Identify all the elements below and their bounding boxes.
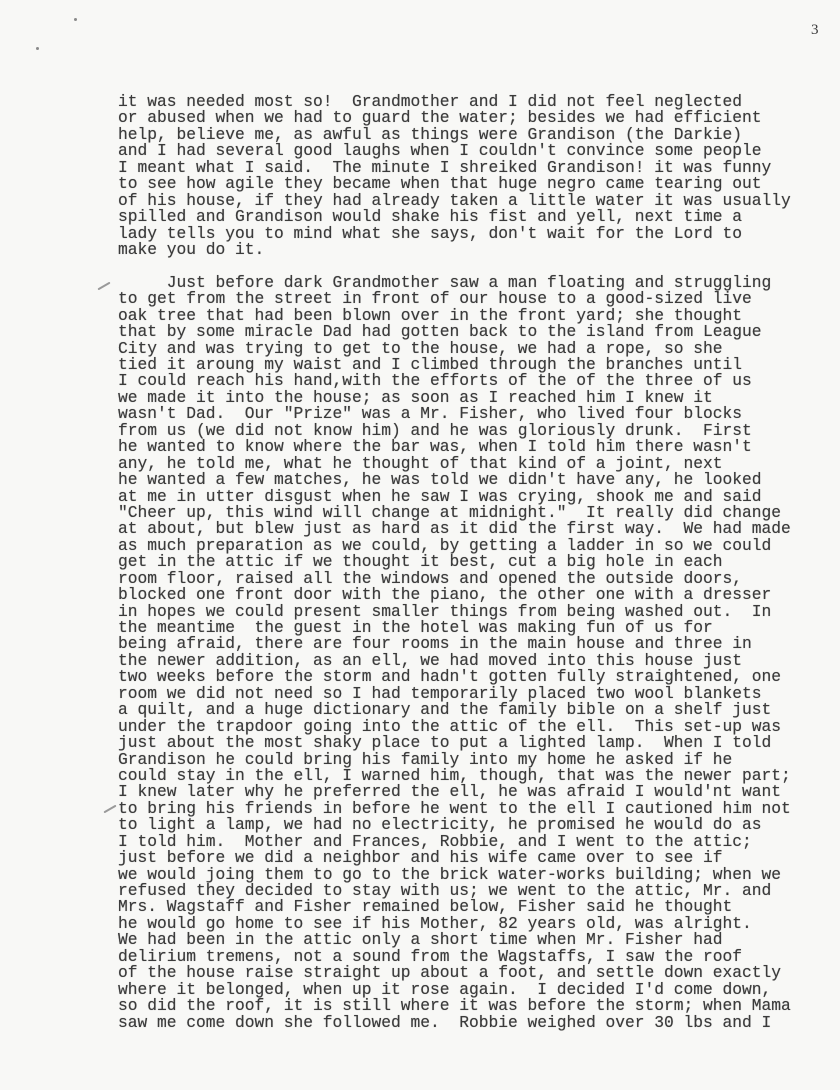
scan-speck (74, 18, 77, 21)
margin-check-mark (103, 805, 116, 814)
text-line: make you do it. (118, 242, 828, 258)
margin-check-mark (97, 282, 110, 291)
text-line: saw me come down she followed me. Robbie… (118, 1015, 828, 1031)
paragraph: Just before dark Grandmother saw a man f… (118, 275, 828, 1031)
paragraph: it was needed most so! Grandmother and I… (118, 94, 828, 258)
document-body: it was needed most so! Grandmother and I… (118, 94, 828, 1031)
scan-speck (36, 47, 39, 50)
page-number: 3 (811, 22, 819, 39)
document-page: 3 it was needed most so! Grandmother and… (0, 0, 840, 1090)
